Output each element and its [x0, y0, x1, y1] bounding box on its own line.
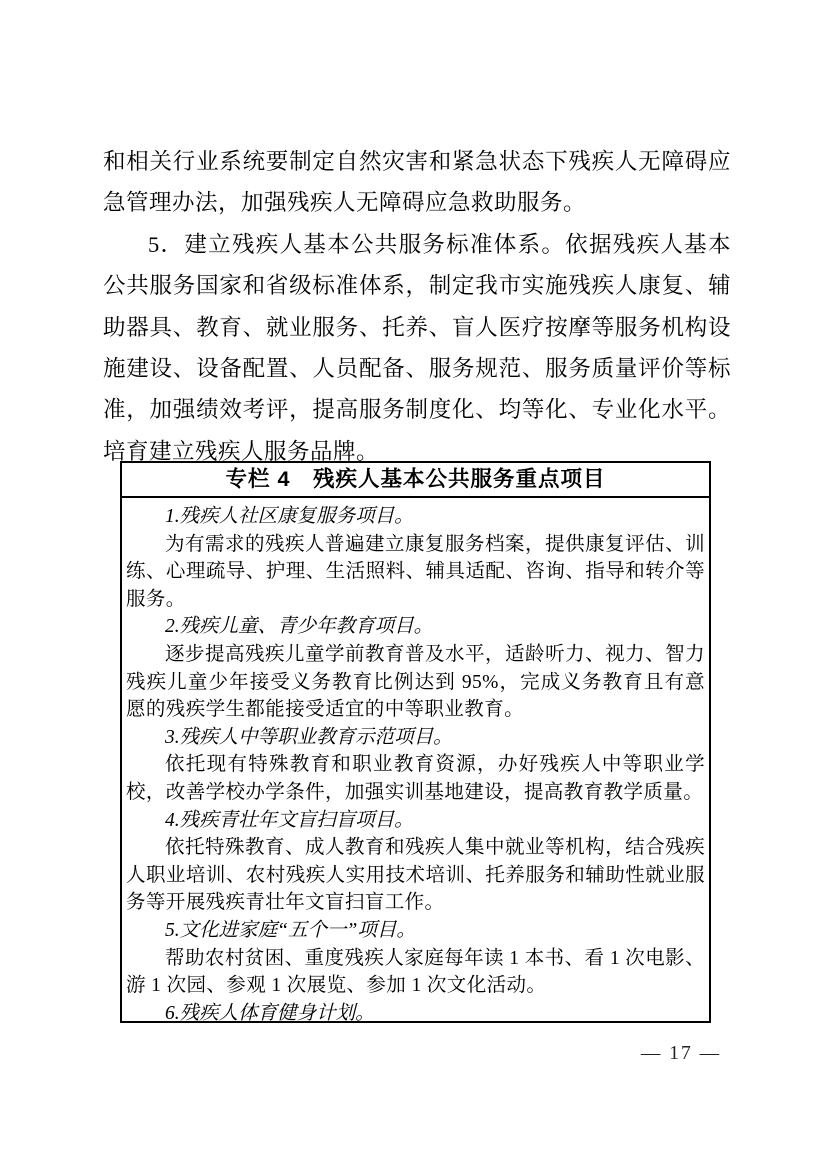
- page-number: — 17 —: [616, 1043, 746, 1065]
- column-item-heading: 5.文化进家庭“五个一”项目。: [126, 917, 705, 945]
- column-item-body: 依托特殊教育、成人教育和残疾人集中就业等机构，结合残疾人职业培训、农村残疾人实用…: [126, 834, 705, 917]
- column-item-body: 为有需求的残疾人普遍建立康复服务档案，提供康复评估、训练、心理疏导、护理、生活照…: [126, 531, 705, 614]
- column-box-body: 1.残疾人社区康复服务项目。 为有需求的残疾人普遍建立康复服务档案，提供康复评估…: [122, 498, 709, 1023]
- column-item-body: 逐步提高残疾儿童学前教育普及水平，适龄听力、视力、智力残疾儿童少年接受义务教育比…: [126, 641, 705, 724]
- document-page: 和相关行业系统要制定自然灾害和紧急状态下残疾人无障碍应急管理办法，加强残疾人无障…: [0, 0, 827, 1169]
- column-item-heading: 1.残疾人社区康复服务项目。: [126, 503, 705, 531]
- column-item-body: 依托现有特殊教育和职业教育资源，办好残疾人中等职业学校，改善学校办学条件，加强实…: [126, 751, 705, 806]
- body-text-block: 和相关行业系统要制定自然灾害和紧急状态下残疾人无障碍应急管理办法，加强残疾人无障…: [103, 141, 731, 472]
- column-item-heading: 6.残疾人体育健身计划。: [126, 1000, 705, 1023]
- column-item-heading: 3.残疾人中等职业教育示范项目。: [126, 724, 705, 752]
- column-item-body: 帮助农村贫困、重度残疾人家庭每年读 1 本书、看 1 次电影、游 1 次园、参观…: [126, 945, 705, 1000]
- column-item-heading: 4.残疾青壮年文盲扫盲项目。: [126, 807, 705, 835]
- column-box: 专栏 4 残疾人基本公共服务重点项目 1.残疾人社区康复服务项目。 为有需求的残…: [120, 461, 711, 1023]
- column-box-title: 专栏 4 残疾人基本公共服务重点项目: [122, 463, 709, 498]
- column-item-heading: 2.残疾儿童、青少年教育项目。: [126, 613, 705, 641]
- paragraph-item-5: 5．建立残疾人基本公共服务标准体系。依据残疾人基本公共服务国家和省级标准体系，制…: [103, 224, 731, 472]
- paragraph-continuation: 和相关行业系统要制定自然灾害和紧急状态下残疾人无障碍应急管理办法，加强残疾人无障…: [103, 141, 731, 224]
